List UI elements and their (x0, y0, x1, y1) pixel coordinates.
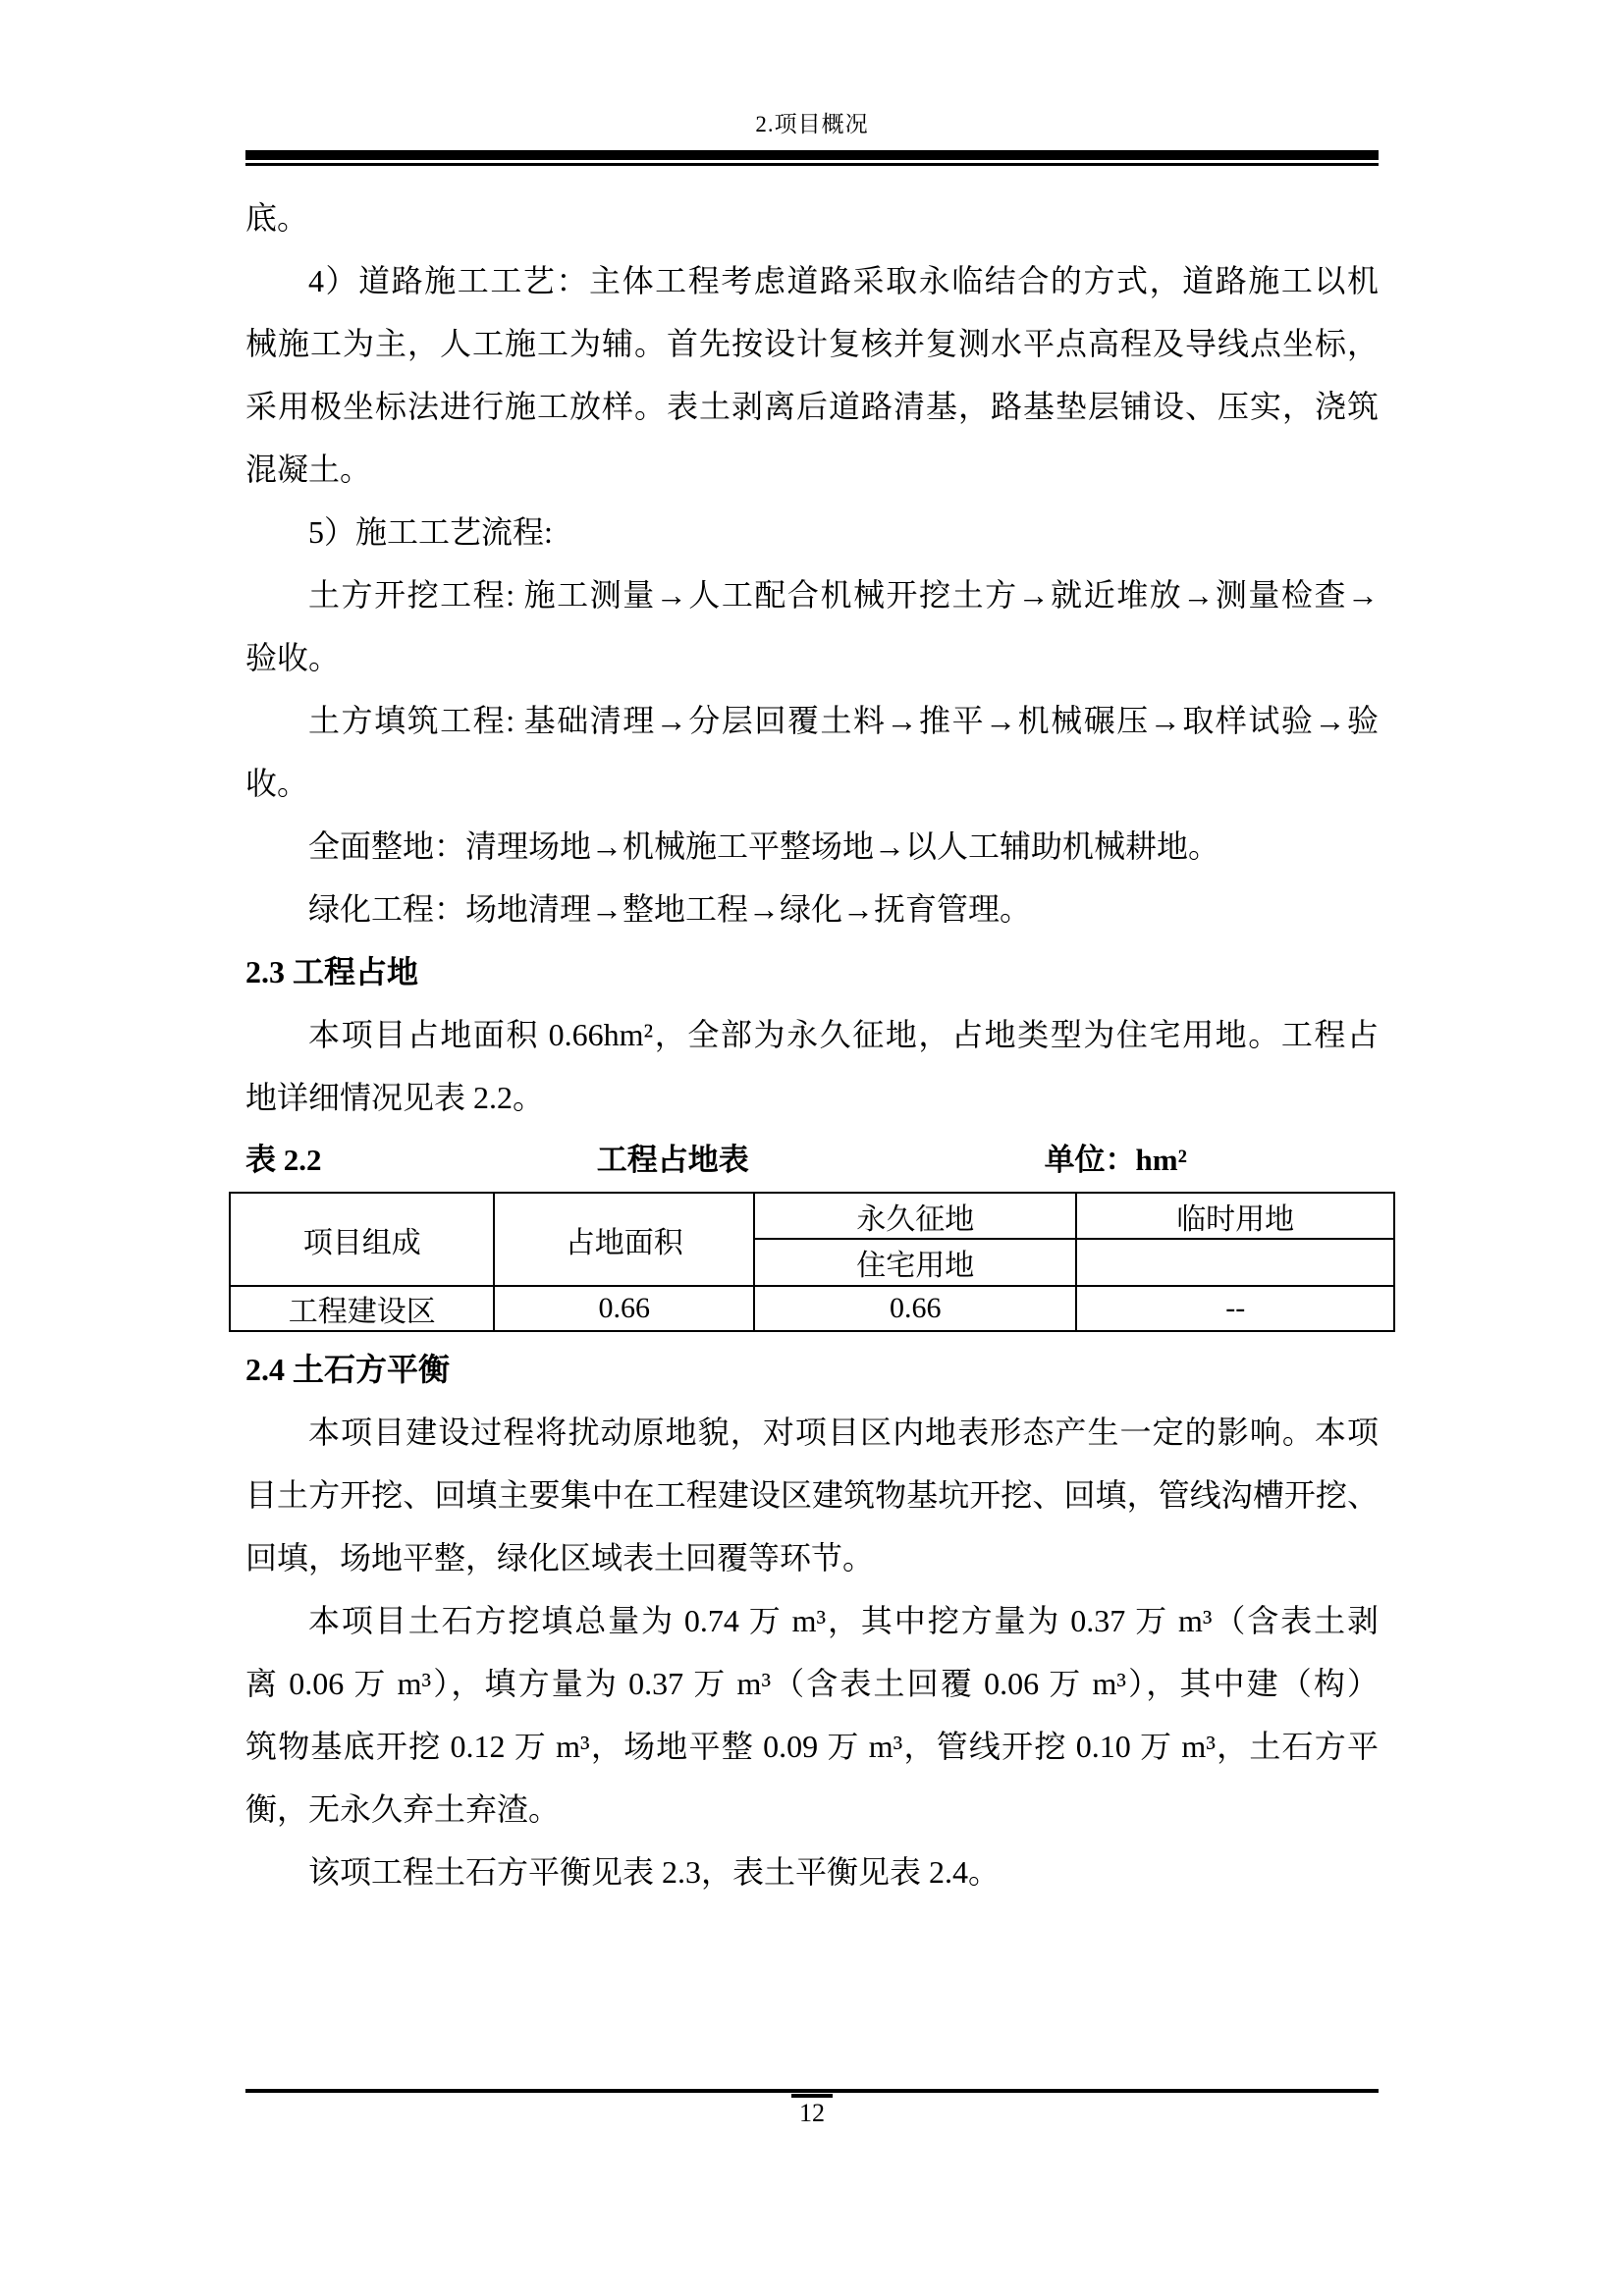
body-line: 回填，场地平整，绿化区域表土回覆等环节。 (245, 1526, 1379, 1589)
body-line: 4）道路施工工艺：主体工程考虑道路采取永临结合的方式，道路施工以机 (245, 249, 1379, 312)
land-occupation-table: 项目组成 占地面积 永久征地 临时用地 住宅用地 工程建设区 0.66 0.66… (229, 1192, 1395, 1332)
body-line: 土方填筑工程: 基础清理→分层回覆土料→推平→机械碾压→取样试验→验 (245, 689, 1379, 752)
table-caption-label: 表 2.2 (245, 1129, 322, 1192)
header-cell-temporary-sub (1076, 1239, 1394, 1286)
page-number: 12 (791, 2094, 833, 2127)
body-line: 衡，无永久弃土弃渣。 (245, 1778, 1379, 1841)
body-line: 本项目土石方挖填总量为 0.74 万 m³，其中挖方量为 0.37 万 m³（含… (245, 1589, 1379, 1652)
body-line: 土方开挖工程: 施工测量→人工配合机械开挖土方→就近堆放→测量检查→ (245, 563, 1379, 626)
page-number-wrapper: 12 (245, 2094, 1379, 2127)
header-rule-thick (245, 150, 1379, 160)
page-content: 底。 4）道路施工工艺：主体工程考虑道路采取永临结合的方式，道路施工以机 械施工… (245, 187, 1379, 1903)
body-line: 本项目占地面积 0.66hm²，全部为永久征地，占地类型为住宅用地。工程占 (245, 1003, 1379, 1066)
header-cell-land-area: 占地面积 (494, 1193, 754, 1286)
header-cell-project-component: 项目组成 (230, 1193, 494, 1286)
header-title: 2.项目概况 (245, 0, 1379, 139)
header-cell-permanent-acquisition: 永久征地 (754, 1193, 1076, 1239)
body-line: 目土方开挖、回填主要集中在工程建设区建筑物基坑开挖、回填，管线沟槽开挖、 (245, 1464, 1379, 1526)
header-cell-temporary-land: 临时用地 (1076, 1193, 1394, 1239)
body-line: 采用极坐标法进行施工放样。表土剥离后道路清基，路基垫层铺设、压实，浇筑 (245, 375, 1379, 438)
body-line: 混凝土。 (245, 438, 1379, 501)
table-header-row-1: 项目组成 占地面积 永久征地 临时用地 (230, 1193, 1394, 1239)
page-header: 2.项目概况 (245, 0, 1379, 166)
document-page: 2.项目概况 底。 4）道路施工工艺：主体工程考虑道路采取永临结合的方式，道路施… (0, 0, 1624, 2296)
table-caption-title: 工程占地表 (597, 1129, 749, 1192)
body-line: 全面整地：清理场地→机械施工平整场地→以人工辅助机械耕地。 (245, 815, 1379, 878)
body-line: 械施工为主，人工施工为辅。首先按设计复核并复测水平点高程及导线点坐标， (245, 312, 1379, 375)
header-cell-residential-land: 住宅用地 (754, 1239, 1076, 1286)
body-line: 收。 (245, 752, 1379, 815)
table-caption: 表 2.2 工程占地表 单位：hm² (245, 1129, 1379, 1192)
body-line: 本项目建设过程将扰动原地貌，对项目区内地表形态产生一定的影响。本项 (245, 1401, 1379, 1464)
body-line: 验收。 (245, 626, 1379, 689)
cell-area: 0.66 (494, 1286, 754, 1331)
header-rule-thin (245, 163, 1379, 166)
cell-permanent: 0.66 (754, 1286, 1076, 1331)
body-line: 5）施工工艺流程: (245, 501, 1379, 563)
body-line: 地详细情况见表 2.2。 (245, 1066, 1379, 1129)
page-footer: 12 (245, 2089, 1379, 2127)
body-line: 绿化工程：场地清理→整地工程→绿化→抚育管理。 (245, 878, 1379, 940)
cell-component: 工程建设区 (230, 1286, 494, 1331)
body-line: 离 0.06 万 m³），填方量为 0.37 万 m³（含表土回覆 0.06 万… (245, 1652, 1379, 1715)
footer-rule (245, 2089, 1379, 2093)
body-line: 筑物基底开挖 0.12 万 m³，场地平整 0.09 万 m³，管线开挖 0.1… (245, 1715, 1379, 1778)
body-line: 底。 (245, 187, 1379, 249)
cell-temporary: -- (1076, 1286, 1394, 1331)
section-heading-2-3: 2.3 工程占地 (245, 940, 1379, 1003)
section-heading-2-4: 2.4 土石方平衡 (245, 1338, 1379, 1401)
body-line: 该项工程土石方平衡见表 2.3，表土平衡见表 2.4。 (245, 1841, 1379, 1903)
table-data-row: 工程建设区 0.66 0.66 -- (230, 1286, 1394, 1331)
table-caption-unit: 单位：hm² (1045, 1129, 1187, 1192)
land-occupation-table-wrapper: 项目组成 占地面积 永久征地 临时用地 住宅用地 工程建设区 0.66 0.66… (229, 1192, 1395, 1332)
